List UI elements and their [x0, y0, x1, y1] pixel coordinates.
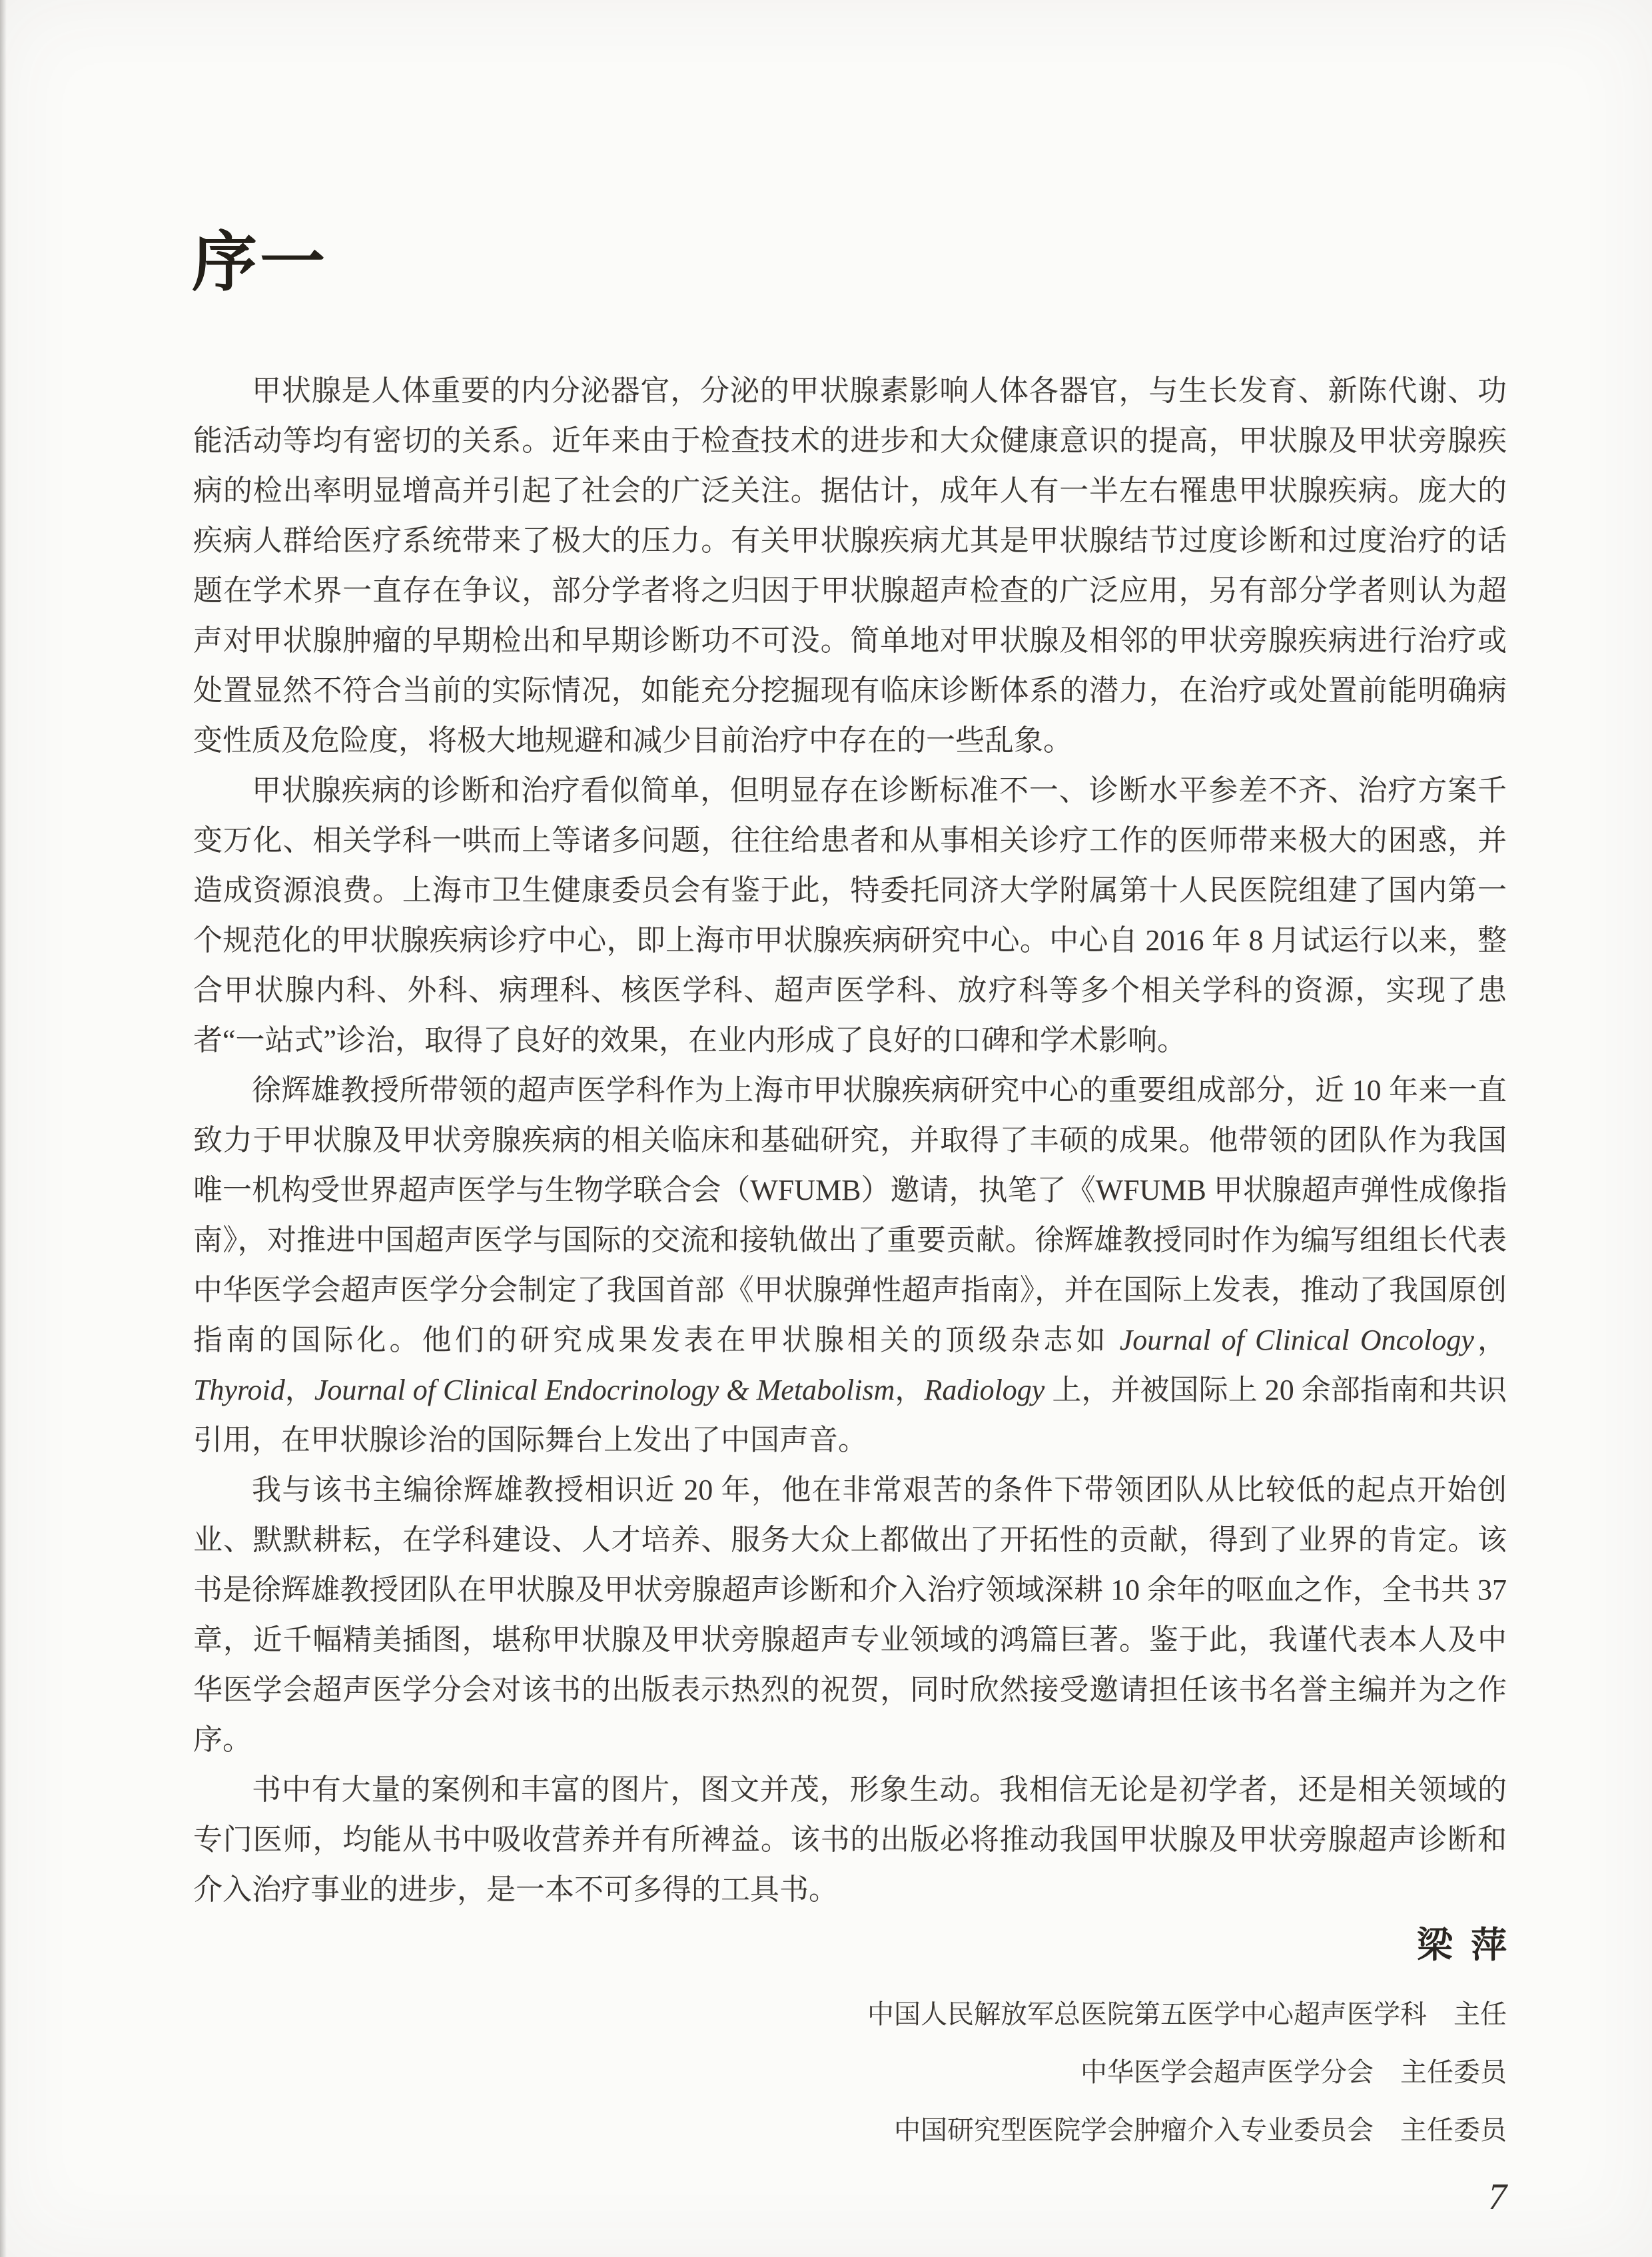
paragraph-text: 甲状腺是人体重要的内分泌器官，分泌的甲状腺素影响人体各器官，与生长发育、新陈代谢…	[193, 374, 1507, 757]
paragraph: 徐辉雄教授所带领的超声医学科作为上海市甲状腺疾病研究中心的重要组成部分，近 10…	[193, 1065, 1507, 1465]
document-page: 序一 甲状腺是人体重要的内分泌器官，分泌的甲状腺素影响人体各器官，与生长发育、新…	[0, 0, 1652, 2257]
paragraph-text: ，	[1474, 1324, 1507, 1356]
journal-name: Thyroid	[193, 1374, 285, 1406]
signature-affiliations: 中国人民解放军总医院第五医学中心超声医学科 主任中华医学会超声医学分会 主任委员…	[867, 1985, 1507, 2159]
paragraph-text: 书中有大量的案例和丰富的图片，图文并茂，形象生动。我相信无论是初学者，还是相关领…	[193, 1773, 1507, 1906]
paragraph: 甲状腺是人体重要的内分泌器官，分泌的甲状腺素影响人体各器官，与生长发育、新陈代谢…	[193, 366, 1507, 765]
page-title: 序一	[192, 228, 328, 296]
paragraph-text: 徐辉雄教授所带领的超声医学科作为上海市甲状腺疾病研究中心的重要组成部分，近 10…	[193, 1074, 1507, 1356]
signature-name: 梁 萍	[867, 1924, 1507, 1967]
signature-block: 梁 萍 中国人民解放军总医院第五医学中心超声医学科 主任中华医学会超声医学分会 …	[867, 1924, 1507, 2159]
paragraph-text: ，	[895, 1374, 924, 1406]
signature-affiliation: 中国人民解放军总医院第五医学中心超声医学科 主任	[867, 1985, 1507, 2043]
signature-affiliation: 中华医学会超声医学分会 主任委员	[867, 2043, 1507, 2101]
paragraph: 书中有大量的案例和丰富的图片，图文并茂，形象生动。我相信无论是初学者，还是相关领…	[193, 1765, 1507, 1915]
paragraph-text: 我与该书主编徐辉雄教授相识近 20 年，他在非常艰苦的条件下带领团队从比较低的起…	[193, 1474, 1507, 1756]
paragraph: 我与该书主编徐辉雄教授相识近 20 年，他在非常艰苦的条件下带领团队从比较低的起…	[193, 1465, 1507, 1765]
page-number: 7	[1488, 2176, 1507, 2218]
paragraph-text: ，	[285, 1374, 314, 1406]
body-paragraphs: 甲状腺是人体重要的内分泌器官，分泌的甲状腺素影响人体各器官，与生长发育、新陈代谢…	[193, 366, 1507, 1915]
paragraph: 甲状腺疾病的诊断和治疗看似简单，但明显存在诊断标准不一、诊断水平参差不齐、治疗方…	[193, 765, 1507, 1065]
paragraph-text: 甲状腺疾病的诊断和治疗看似简单，但明显存在诊断标准不一、诊断水平参差不齐、治疗方…	[193, 774, 1507, 1057]
signature-affiliation: 中国研究型医院学会肿瘤介入专业委员会 主任委员	[867, 2101, 1507, 2159]
journal-name: Journal of Clinical Endocrinology & Meta…	[314, 1374, 895, 1406]
journal-name: Journal of Clinical Oncology	[1120, 1324, 1474, 1356]
journal-name: Radiology	[924, 1374, 1044, 1406]
